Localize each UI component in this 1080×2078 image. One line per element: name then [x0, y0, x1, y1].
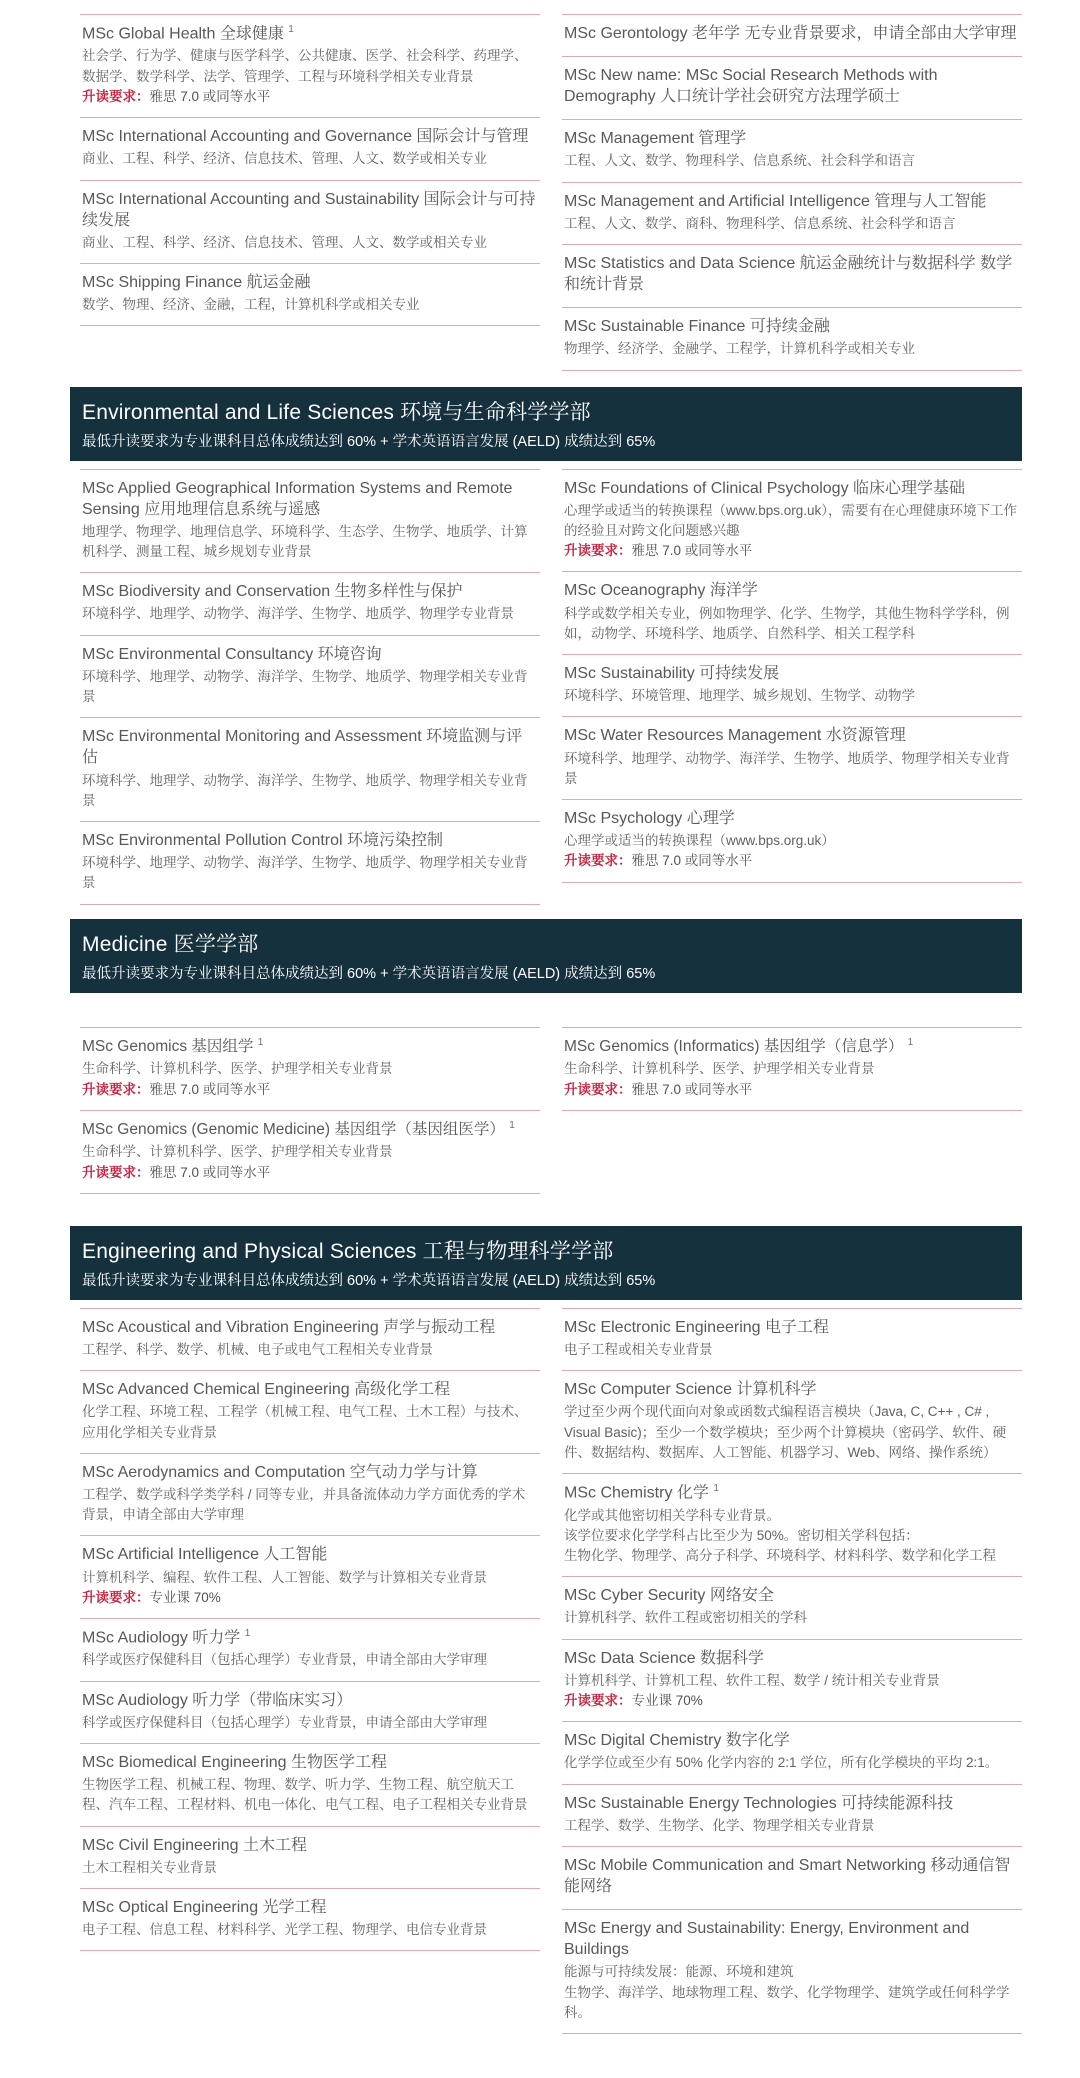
program-row: MSc Environmental Monitoring and Assessm… — [80, 718, 540, 822]
program-row: MSc Artificial Intelligence 人工智能计算机科学、编程… — [80, 1536, 540, 1619]
program-row: MSc Sustainable Energy Technologies 可持续能… — [562, 1785, 1022, 1847]
program-background-requirements: 生物医学工程、机械工程、物理、数学、听力学、生物工程、航空航天工程、汽车工程、工… — [82, 1775, 538, 1816]
program-background-requirements: 科学或数学相关专业，例如物理学、化学、生物学，其他生物科学学科，例如，动物学、环… — [564, 604, 1020, 645]
program-row: MSc Water Resources Management 水资源管理环境科学… — [562, 717, 1022, 800]
program-background-requirements: 环境科学、地理学、动物学、海洋学、生物学、地质学、物理学相关专业背景 — [82, 771, 538, 812]
program-title: MSc Chemistry 化学 1 — [564, 1482, 1020, 1503]
program-title: MSc Data Science 数据科学 — [564, 1648, 1020, 1669]
program-row: MSc Aerodynamics and Computation 空气动力学与计… — [80, 1454, 540, 1537]
program-title: MSc Energy and Sustainability: Energy, E… — [564, 1918, 1020, 1960]
program-row: MSc Sustainability 可持续发展环境科学、环境管理、地理学、城乡… — [562, 655, 1022, 717]
section-top: MSc Global Health 全球健康 1社会学、行为学、健康与医学科学、… — [70, 14, 1022, 371]
program-row: MSc Gerontology 老年学 无专业背景要求，申请全部由大学审理 — [562, 15, 1022, 57]
program-row: MSc Digital Chemistry 数字化学化学学位或至少有 50% 化… — [562, 1722, 1022, 1784]
program-footnote-marker: 1 — [908, 1037, 914, 1048]
section-title: Medicine 医学学部 — [82, 928, 1010, 958]
program-column-left: MSc Global Health 全球健康 1社会学、行为学、健康与医学科学、… — [80, 14, 540, 326]
requirement-value: 雅思 7.0 或同等水平 — [632, 853, 753, 868]
section-els: Environmental and Life Sciences 环境与生命科学学… — [70, 387, 1022, 905]
program-row: MSc Optical Engineering 光学工程电子工程、信息工程、材料… — [80, 1889, 540, 1951]
program-background-requirements: 工程、人文、数学、物理科学、信息系统、社会科学和语言 — [564, 151, 1020, 171]
requirement-label: 升读要求： — [564, 543, 632, 558]
program-background-requirements: 计算机科学、计算机工程、软件工程、数学 / 统计相关专业背景 — [564, 1671, 1020, 1691]
program-title: MSc Sustainable Finance 可持续金融 — [564, 316, 1020, 337]
program-row: MSc Data Science 数据科学计算机科学、计算机工程、软件工程、数学… — [562, 1640, 1022, 1723]
program-title: MSc Sustainable Energy Technologies 可持续能… — [564, 1793, 1020, 1814]
program-background-requirements: 生命科学、计算机科学、医学、护理学相关专业背景 — [82, 1142, 538, 1162]
program-background-requirements: 环境科学、地理学、动物学、海洋学、生物学、地质学、物理学相关专业背景 — [82, 853, 538, 894]
progression-requirement: 升读要求：专业课 70% — [564, 1691, 1020, 1711]
program-background-requirements: 化学工程、环境工程、工程学（机械工程、电气工程、土木工程）与技术、应用化学相关专… — [82, 1402, 538, 1443]
program-background-requirements: 化学或其他密切相关学科专业背景。 — [564, 1506, 1020, 1526]
program-title: MSc Gerontology 老年学 无专业背景要求，申请全部由大学审理 — [564, 23, 1020, 44]
program-title: MSc Water Resources Management 水资源管理 — [564, 725, 1020, 746]
program-background-requirements: 物理学、经济学、金融学、工程学，计算机科学或相关专业 — [564, 339, 1020, 359]
requirement-value: 专业课 70% — [150, 1590, 221, 1605]
program-columns: MSc Genomics 基因组学 1生命科学、计算机科学、医学、护理学相关专业… — [70, 1027, 1022, 1194]
program-title: MSc Genomics (Informatics) 基因组学（信息学） 1 — [564, 1036, 1020, 1058]
program-background-requirements: 计算机科学、软件工程或密切相关的学科 — [564, 1608, 1020, 1628]
program-title: MSc Applied Geographical Information Sys… — [82, 478, 538, 520]
document-page: MSc Global Health 全球健康 1社会学、行为学、健康与医学科学、… — [0, 0, 1080, 2078]
requirement-label: 升读要求： — [564, 1693, 632, 1708]
program-background-requirements: 生命科学、计算机科学、医学、护理学相关专业背景 — [564, 1059, 1020, 1079]
program-title: MSc Management 管理学 — [564, 128, 1020, 149]
program-title: MSc Computer Science 计算机科学 — [564, 1379, 1020, 1400]
program-footnote-marker: 1 — [258, 1037, 264, 1048]
program-title: MSc Statistics and Data Science 航运金融统计与数… — [564, 253, 1020, 295]
program-column-left: MSc Genomics 基因组学 1生命科学、计算机科学、医学、护理学相关专业… — [80, 1027, 540, 1194]
program-row: MSc Cyber Security 网络安全计算机科学、软件工程或密切相关的学… — [562, 1577, 1022, 1639]
program-footnote-marker: 1 — [713, 1483, 719, 1494]
program-column-right: MSc Electronic Engineering 电子工程电子工程或相关专业… — [562, 1308, 1022, 2034]
program-title: MSc Biomedical Engineering 生物医学工程 — [82, 1752, 538, 1773]
requirement-label: 升读要求： — [82, 89, 150, 104]
program-background-requirements: 生物化学、物理学、高分子科学、环境科学、材料科学、数学和化学工程 — [564, 1546, 1020, 1566]
section-subtitle: 最低升读要求为专业课科目总体成绩达到 60% + 学术英语语言发展 (AELD)… — [82, 1269, 1010, 1290]
program-row: MSc New name: MSc Social Research Method… — [562, 57, 1022, 120]
program-background-requirements: 数学、物理、经济、金融，工程，计算机科学或相关专业 — [82, 295, 538, 315]
program-column-left: MSc Applied Geographical Information Sys… — [80, 469, 540, 905]
program-title: MSc Genomics 基因组学 1 — [82, 1036, 538, 1058]
program-title: MSc Foundations of Clinical Psychology 临… — [564, 478, 1020, 499]
progression-requirement: 升读要求：雅思 7.0 或同等水平 — [564, 541, 1020, 561]
program-background-requirements: 生命科学、计算机科学、医学、护理学相关专业背景 — [82, 1059, 538, 1079]
program-row: MSc Biomedical Engineering 生物医学工程生物医学工程、… — [80, 1744, 540, 1827]
program-row: MSc Management and Artificial Intelligen… — [562, 183, 1022, 245]
program-title: MSc Acoustical and Vibration Engineering… — [82, 1317, 538, 1338]
section-title: Environmental and Life Sciences 环境与生命科学学… — [82, 396, 1010, 426]
program-title: MSc International Accounting and Sustain… — [82, 189, 538, 231]
program-row: MSc Genomics 基因组学 1生命科学、计算机科学、医学、护理学相关专业… — [80, 1028, 540, 1111]
program-row: MSc Psychology 心理学心理学或适当的转换课程（www.bps.or… — [562, 800, 1022, 883]
program-title: MSc Sustainability 可持续发展 — [564, 663, 1020, 684]
progression-requirement: 升读要求：雅思 7.0 或同等水平 — [82, 1163, 538, 1183]
program-column-right: MSc Gerontology 老年学 无专业背景要求，申请全部由大学审理MSc… — [562, 14, 1022, 371]
program-title: MSc Genomics (Genomic Medicine) 基因组学（基因组… — [82, 1119, 538, 1141]
program-row: MSc Computer Science 计算机科学学过至少两个现代面向对象或函… — [562, 1371, 1022, 1474]
program-background-requirements: 科学或医疗保健科目（包括心理学）专业背景，申请全部由大学审理 — [82, 1713, 538, 1733]
program-title: MSc Artificial Intelligence 人工智能 — [82, 1544, 538, 1565]
program-title: MSc Digital Chemistry 数字化学 — [564, 1730, 1020, 1751]
requirement-label: 升读要求： — [82, 1590, 150, 1605]
program-row: MSc Audiology 听力学 1科学或医疗保健科目（包括心理学）专业背景，… — [80, 1619, 540, 1682]
program-background-requirements: 工程学、科学、数学、机械、电子或电气工程相关专业背景 — [82, 1340, 538, 1360]
section-subtitle: 最低升读要求为专业课科目总体成绩达到 60% + 学术英语语言发展 (AELD)… — [82, 430, 1010, 451]
program-background-requirements: 土木工程相关专业背景 — [82, 1858, 538, 1878]
program-background-requirements: 环境科学、地理学、动物学、海洋学、生物学、地质学、物理学专业背景 — [82, 604, 538, 624]
requirement-label: 升读要求： — [82, 1165, 150, 1180]
program-footnote-marker: 1 — [288, 24, 294, 35]
requirement-label: 升读要求： — [564, 853, 632, 868]
section-eps: Engineering and Physical Sciences 工程与物理科… — [70, 1226, 1022, 2034]
requirement-value: 专业课 70% — [632, 1693, 703, 1708]
program-background-requirements: 科学或医疗保健科目（包括心理学）专业背景，申请全部由大学审理 — [82, 1650, 538, 1670]
requirement-label: 升读要求： — [82, 1082, 150, 1097]
program-column-right: MSc Genomics (Informatics) 基因组学（信息学） 1生命… — [562, 1027, 1022, 1111]
program-title: MSc Environmental Monitoring and Assessm… — [82, 726, 538, 768]
program-row: MSc Shipping Finance 航运金融数学、物理、经济、金融，工程，… — [80, 264, 540, 326]
program-column-right: MSc Foundations of Clinical Psychology 临… — [562, 469, 1022, 883]
program-row: MSc Statistics and Data Science 航运金融统计与数… — [562, 245, 1022, 308]
program-background-requirements: 电子工程、信息工程、材料科学、光学工程、物理学、电信专业背景 — [82, 1920, 538, 1940]
progression-requirement: 升读要求：雅思 7.0 或同等水平 — [564, 1080, 1020, 1100]
program-row: MSc Civil Engineering 土木工程土木工程相关专业背景 — [80, 1827, 540, 1889]
program-row: MSc Genomics (Genomic Medicine) 基因组学（基因组… — [80, 1111, 540, 1194]
program-background-requirements: 心理学或适当的转换课程（www.bps.org.uk） — [564, 831, 1020, 851]
program-background-requirements: 社会学、行为学、健康与医学科学、公共健康、医学、社会科学、药理学、数据学、数学科… — [82, 46, 538, 87]
program-row: MSc Audiology 听力学（带临床实习）科学或医疗保健科目（包括心理学）… — [80, 1682, 540, 1744]
program-title: MSc Oceanography 海洋学 — [564, 580, 1020, 601]
section-medicine: Medicine 医学学部最低升读要求为专业课科目总体成绩达到 60% + 学术… — [70, 919, 1022, 1194]
program-title: MSc Global Health 全球健康 1 — [82, 23, 538, 44]
program-row: MSc Electronic Engineering 电子工程电子工程或相关专业… — [562, 1309, 1022, 1371]
progression-requirement: 升读要求：雅思 7.0 或同等水平 — [82, 87, 538, 107]
program-background-requirements: 环境科学、地理学、动物学、海洋学、生物学、地质学、物理学相关专业背景 — [564, 749, 1020, 790]
program-row: MSc International Accounting and Governa… — [80, 118, 540, 180]
program-row: MSc Environmental Consultancy 环境咨询环境科学、地… — [80, 636, 540, 719]
program-row: MSc Biodiversity and Conservation 生物多样性与… — [80, 573, 540, 635]
section-header: Engineering and Physical Sciences 工程与物理科… — [70, 1226, 1022, 1300]
program-background-requirements: 心理学或适当的转换课程（www.bps.org.uk），需要有在心理健康环境下工… — [564, 501, 1020, 542]
program-background-requirements: 环境科学、环境管理、地理学、城乡规划、生物学、动物学 — [564, 686, 1020, 706]
program-background-requirements: 工程学、数学或科学类学科 / 同等专业，并具备流体动力学方面优秀的学术背景，申请… — [82, 1485, 538, 1526]
program-row: MSc Chemistry 化学 1化学或其他密切相关学科专业背景。该学位要求化… — [562, 1474, 1022, 1577]
program-background-requirements: 电子工程或相关专业背景 — [564, 1340, 1020, 1360]
progression-requirement: 升读要求：雅思 7.0 或同等水平 — [564, 851, 1020, 871]
section-title: Engineering and Physical Sciences 工程与物理科… — [82, 1235, 1010, 1265]
program-columns: MSc Global Health 全球健康 1社会学、行为学、健康与医学科学、… — [70, 14, 1022, 371]
program-row: MSc Applied Geographical Information Sys… — [80, 470, 540, 574]
requirement-value: 雅思 7.0 或同等水平 — [632, 1082, 753, 1097]
program-title: MSc Mobile Communication and Smart Netwo… — [564, 1855, 1020, 1897]
progression-requirement: 升读要求：雅思 7.0 或同等水平 — [82, 1080, 538, 1100]
program-background-requirements: 化学学位或至少有 50% 化学内容的 2:1 学位，所有化学模块的平均 2:1。 — [564, 1753, 1020, 1773]
program-title: MSc Optical Engineering 光学工程 — [82, 1897, 538, 1918]
program-background-requirements: 环境科学、地理学、动物学、海洋学、生物学、地质学、物理学相关专业背景 — [82, 667, 538, 708]
program-title: MSc International Accounting and Governa… — [82, 126, 538, 147]
program-background-requirements: 工程学、数学、生物学、化学、物理学相关专业背景 — [564, 1816, 1020, 1836]
program-background-requirements: 计算机科学、编程、软件工程、人工智能、数学与计算相关专业背景 — [82, 1568, 538, 1588]
program-background-requirements: 该学位要求化学学科占比至少为 50%。密切相关学科包括： — [564, 1526, 1020, 1546]
program-columns: MSc Applied Geographical Information Sys… — [70, 469, 1022, 905]
program-row: MSc Advanced Chemical Engineering 高级化学工程… — [80, 1371, 540, 1454]
program-row: MSc Mobile Communication and Smart Netwo… — [562, 1847, 1022, 1910]
program-title: MSc Electronic Engineering 电子工程 — [564, 1317, 1020, 1338]
program-background-requirements: 生物学、海洋学、地球物理工程、数学、化学物理学、建筑学或任何科学学科。 — [564, 1983, 1020, 2024]
program-title: MSc Civil Engineering 土木工程 — [82, 1835, 538, 1856]
requirement-value: 雅思 7.0 或同等水平 — [150, 1082, 271, 1097]
program-row: MSc Oceanography 海洋学科学或数学相关专业，例如物理学、化学、生… — [562, 572, 1022, 655]
program-row: MSc Foundations of Clinical Psychology 临… — [562, 470, 1022, 573]
program-columns: MSc Acoustical and Vibration Engineering… — [70, 1308, 1022, 2034]
program-title: MSc Advanced Chemical Engineering 高级化学工程 — [82, 1379, 538, 1400]
program-background-requirements: 能源与可持续发展：能源、环境和建筑 — [564, 1962, 1020, 1982]
program-row: MSc Energy and Sustainability: Energy, E… — [562, 1910, 1022, 2034]
requirement-value: 雅思 7.0 或同等水平 — [632, 543, 753, 558]
requirement-label: 升读要求： — [564, 1082, 632, 1097]
program-title: MSc Environmental Consultancy 环境咨询 — [82, 644, 538, 665]
section-subtitle: 最低升读要求为专业课科目总体成绩达到 60% + 学术英语语言发展 (AELD)… — [82, 962, 1010, 983]
program-background-requirements: 商业、工程、科学、经济、信息技术、管理、人文、数学或相关专业 — [82, 233, 538, 253]
program-footnote-marker: 1 — [509, 1120, 515, 1131]
section-header: Environmental and Life Sciences 环境与生命科学学… — [70, 387, 1022, 461]
program-title: MSc Aerodynamics and Computation 空气动力学与计… — [82, 1462, 538, 1483]
program-row: MSc Genomics (Informatics) 基因组学（信息学） 1生命… — [562, 1028, 1022, 1111]
program-row: MSc Global Health 全球健康 1社会学、行为学、健康与医学科学、… — [80, 15, 540, 118]
program-title: MSc Audiology 听力学（带临床实习） — [82, 1690, 538, 1711]
program-title: MSc Biodiversity and Conservation 生物多样性与… — [82, 581, 538, 602]
program-background-requirements: 学过至少两个现代面向对象或函数式编程语言模块（Java, C, C++ , C#… — [564, 1402, 1020, 1463]
program-background-requirements: 商业、工程、科学、经济、信息技术、管理、人文、数学或相关专业 — [82, 149, 538, 169]
program-background-requirements: 地理学、物理学、地理信息学、环境科学、生态学、生物学、地质学、计算机科学、测量工… — [82, 522, 538, 563]
program-title: MSc Shipping Finance 航运金融 — [82, 272, 538, 293]
program-title: MSc Management and Artificial Intelligen… — [564, 191, 1020, 212]
requirement-value: 雅思 7.0 或同等水平 — [150, 1165, 271, 1180]
program-row: MSc International Accounting and Sustain… — [80, 181, 540, 264]
progression-requirement: 升读要求：专业课 70% — [82, 1588, 538, 1608]
program-title: MSc Psychology 心理学 — [564, 808, 1020, 829]
program-title: MSc Cyber Security 网络安全 — [564, 1585, 1020, 1606]
requirement-value: 雅思 7.0 或同等水平 — [150, 89, 271, 104]
program-title: MSc New name: MSc Social Research Method… — [564, 65, 1020, 107]
program-row: MSc Management 管理学工程、人文、数学、物理科学、信息系统、社会科… — [562, 120, 1022, 182]
program-row: MSc Acoustical and Vibration Engineering… — [80, 1309, 540, 1371]
program-column-left: MSc Acoustical and Vibration Engineering… — [80, 1308, 540, 1952]
section-header: Medicine 医学学部最低升读要求为专业课科目总体成绩达到 60% + 学术… — [70, 919, 1022, 993]
program-title: MSc Environmental Pollution Control 环境污染… — [82, 830, 538, 851]
program-title: MSc Audiology 听力学 1 — [82, 1627, 538, 1648]
program-footnote-marker: 1 — [245, 1628, 251, 1639]
program-row: MSc Environmental Pollution Control 环境污染… — [80, 822, 540, 905]
program-background-requirements: 工程、人文、数学、商科、物理科学、信息系统、社会科学和语言 — [564, 214, 1020, 234]
program-row: MSc Sustainable Finance 可持续金融物理学、经济学、金融学… — [562, 308, 1022, 370]
